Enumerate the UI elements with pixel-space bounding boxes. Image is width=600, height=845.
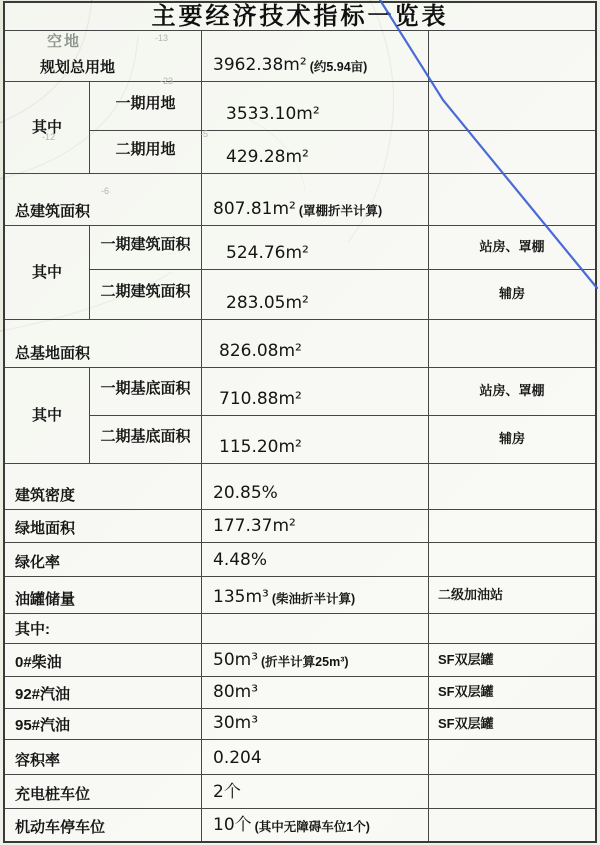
phase2-footprint-value: 115.20m²	[202, 416, 429, 464]
phase1-land-value: 3533.10m²	[202, 82, 429, 131]
phase1-land-note	[429, 82, 595, 131]
phase1-footprint-note: 站房、罩棚	[429, 368, 595, 416]
land-group-label: 其中	[5, 82, 90, 174]
diesel-0-value: 50m³(折半计算25m³)	[202, 644, 429, 677]
value-suffix: (折半计算25m³)	[261, 655, 349, 671]
phase1-building-area-note: 站房、罩棚	[429, 226, 595, 270]
value-text: 177.37m²	[213, 517, 296, 537]
value-text: 826.08m²	[219, 342, 302, 362]
diesel-0-note: SF双层罐	[429, 644, 595, 677]
tank-capacity-note: 二级加油站	[429, 577, 595, 614]
value-text: 807.81m²	[213, 200, 296, 220]
gasoline-92-label: 92#汽油	[5, 677, 202, 709]
plot-ratio-value: 0.204	[202, 740, 429, 775]
breakdown-header-note	[429, 614, 595, 644]
value-text: 30m³	[213, 714, 258, 734]
phase2-building-area-label: 二期建筑面积	[90, 270, 202, 320]
phase2-land-label: 二期用地	[90, 131, 202, 174]
tank-capacity-value: 135m³(柴油折半计算)	[202, 577, 429, 614]
gasoline-95-value: 30m³	[202, 709, 429, 740]
phase1-footprint-label: 一期基底面积	[90, 368, 202, 416]
parking-spaces-label: 机动车停车位	[5, 809, 202, 841]
value-text: 710.88m²	[219, 390, 302, 410]
phase1-footprint-value: 710.88m²	[202, 368, 429, 416]
green-area-label: 绿地面积	[5, 510, 202, 543]
value-text: 135m³	[213, 588, 269, 608]
greening-rate-value: 4.48%	[202, 543, 429, 577]
phase1-land-label: 一期用地	[90, 82, 202, 131]
value-suffix: (柴油折半计算)	[272, 592, 355, 608]
green-area-value: 177.37m²	[202, 510, 429, 543]
total-base-area-label: 总基地面积	[5, 320, 202, 368]
value-suffix: (其中无障碍车位1个)	[255, 820, 370, 836]
building-density-value: 20.85%	[202, 464, 429, 510]
total-base-area-note	[429, 320, 595, 368]
tank-capacity-label: 油罐储量	[5, 577, 202, 614]
greening-rate-label: 绿化率	[5, 543, 202, 577]
gasoline-92-value: 80m³	[202, 677, 429, 709]
parking-spaces-note	[429, 809, 595, 841]
total-building-area-note	[429, 174, 595, 226]
parking-spaces-value: 10个(其中无障碍车位1个)	[202, 809, 429, 841]
value-text: 80m³	[213, 683, 258, 703]
drawing-sheet: 空地 -13 -23 -5 -6 -12 主要经济技术指标一览表 规划总用地 3…	[0, 0, 600, 845]
building-area-group-label: 其中	[5, 226, 90, 320]
phase2-building-area-value: 283.05m²	[202, 270, 429, 320]
value-text: 20.85%	[213, 484, 278, 504]
planned-total-land-label: 规划总用地	[5, 31, 202, 82]
value-text: 3962.38m²	[213, 56, 307, 76]
breakdown-header-label: 其中:	[5, 614, 202, 644]
footprint-group-label: 其中	[5, 368, 90, 464]
phase1-building-area-value: 524.76m²	[202, 226, 429, 270]
value-text: 429.28m²	[226, 148, 309, 168]
phase2-land-value: 429.28m²	[202, 131, 429, 174]
phase2-land-note	[429, 131, 595, 174]
ev-charging-spaces-label: 充电桩车位	[5, 775, 202, 809]
value-text: 2个	[213, 783, 241, 803]
value-text: 524.76m²	[226, 244, 309, 264]
value-text: 283.05m²	[226, 294, 309, 314]
ev-charging-spaces-note	[429, 775, 595, 809]
plot-ratio-note	[429, 740, 595, 775]
phase2-building-area-note: 辅房	[429, 270, 595, 320]
value-text: 0.204	[213, 749, 262, 769]
building-density-note	[429, 464, 595, 510]
plot-ratio-label: 容积率	[5, 740, 202, 775]
total-building-area-value: 807.81m²(罩棚折半计算)	[202, 174, 429, 226]
ev-charging-spaces-value: 2个	[202, 775, 429, 809]
total-building-area-label: 总建筑面积	[5, 174, 202, 226]
planned-total-land-note	[429, 31, 595, 82]
value-text: 3533.10m²	[226, 105, 320, 125]
total-base-area-value: 826.08m²	[202, 320, 429, 368]
phase2-footprint-label: 二期基底面积	[90, 416, 202, 464]
gasoline-95-note: SF双层罐	[429, 709, 595, 740]
value-suffix: (约5.94亩)	[310, 60, 368, 76]
value-text: 4.48%	[213, 551, 267, 571]
green-area-note	[429, 510, 595, 543]
building-density-label: 建筑密度	[5, 464, 202, 510]
greening-rate-note	[429, 543, 595, 577]
breakdown-header-value	[202, 614, 429, 644]
economic-indicators-table: 主要经济技术指标一览表 规划总用地 3962.38m²(约5.94亩) 其中 一…	[3, 1, 597, 843]
phase1-building-area-label: 一期建筑面积	[90, 226, 202, 270]
phase2-footprint-note: 辅房	[429, 416, 595, 464]
value-text: 115.20m²	[219, 438, 302, 458]
table-title: 主要经济技术指标一览表	[5, 3, 595, 31]
planned-total-land-value: 3962.38m²(约5.94亩)	[202, 31, 429, 82]
gasoline-95-label: 95#汽油	[5, 709, 202, 740]
value-text: 10个	[213, 816, 252, 836]
value-suffix: (罩棚折半计算)	[299, 204, 382, 220]
value-text: 50m³	[213, 651, 258, 671]
gasoline-92-note: SF双层罐	[429, 677, 595, 709]
diesel-0-label: 0#柴油	[5, 644, 202, 677]
